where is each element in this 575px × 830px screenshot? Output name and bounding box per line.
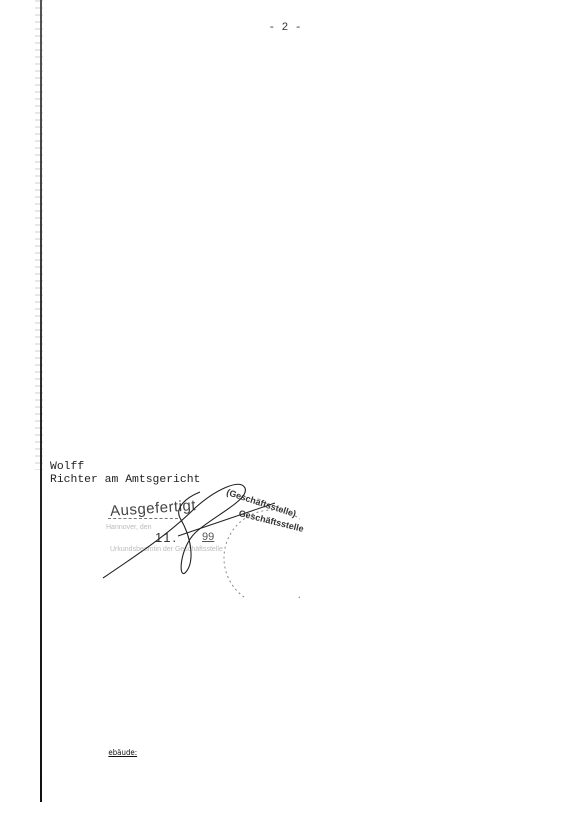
official-stamp: Ausgefertigt Hannover, den Urkundsbeamti… bbox=[100, 478, 300, 598]
court-footer: ebäude: bbox=[0, 748, 495, 757]
judge-name: Wolff bbox=[50, 461, 200, 474]
footer-building-header: ebäude: bbox=[108, 748, 137, 757]
scan-margin-line bbox=[40, 0, 42, 802]
handwritten-signature bbox=[100, 478, 300, 598]
page-number: - 2 - bbox=[255, 22, 315, 34]
